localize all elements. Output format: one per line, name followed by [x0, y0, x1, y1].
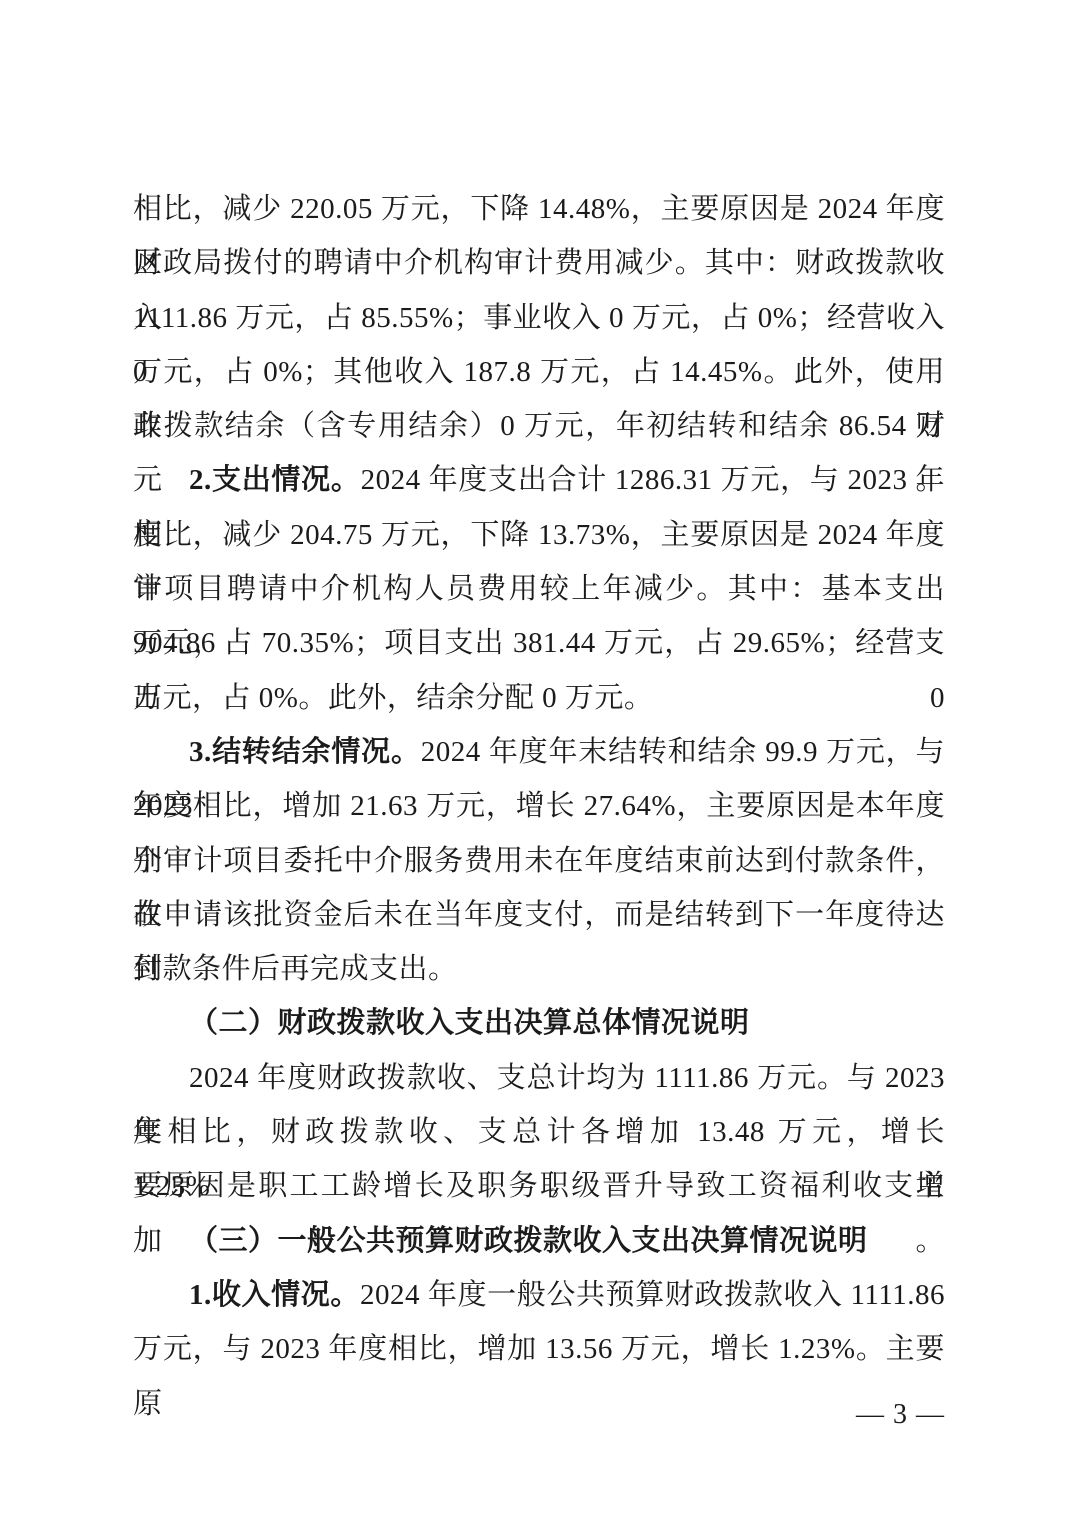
text-line-16: （二）财政拨款收入支出决算总体情况说明	[133, 996, 945, 1050]
text-line-4: 万元，占 0%；其他收入 187.8 万元，占 14.45%。此外，使用非财	[133, 345, 945, 399]
text-line-21: 1.收入情况。2024 年度一般公共预算财政拨款收入 1111.86	[133, 1268, 945, 1322]
text-run: 2024 年度一般公共预算财政拨款收入 1111.86	[360, 1279, 945, 1311]
text-line-3: 1111.86 万元，占 85.55%；事业收入 0 万元，占 0%；经营收入 …	[133, 291, 945, 345]
text-line-13: 别审计项目委托中介服务费用未在年度结束前达到付款条件，故	[133, 834, 945, 888]
text-line-22: 万元，与 2023 年度相比，增加 13.56 万元，增长 1.23%。主要原	[133, 1322, 945, 1376]
text-run: 付款条件后再完成支出。	[133, 953, 458, 985]
text-line-14: 在申请该批资金后未在当年度支付，而是结转到下一年度待达到	[133, 888, 945, 942]
text-line-18: 度相比，财政拨款收、支总计各增加 13.48 万元，增长 1.23%。主	[133, 1105, 945, 1159]
document-page: 相比，减少 220.05 万元，下降 14.48%，主要原因是 2024 年度区…	[0, 0, 1075, 1520]
bold-run: （二）财政拨款收入支出决算总体情况说明	[189, 1007, 750, 1039]
document-body: 相比，减少 220.05 万元，下降 14.48%，主要原因是 2024 年度区…	[133, 182, 945, 1377]
text-line-17: 2024 年度财政拨款收、支总计均为 1111.86 万元。与 2023 年	[133, 1051, 945, 1105]
text-line-19: 要原因是职工工龄增长及职务职级晋升导致工资福利收支增加。	[133, 1159, 945, 1213]
text-line-2: 财政局拨付的聘请中介机构审计费用减少。其中：财政拨款收入	[133, 236, 945, 290]
bold-run: （三）一般公共预算财政拨款收入支出决算情况说明	[189, 1225, 868, 1257]
page-number: — 3 —	[856, 1399, 945, 1431]
bold-run: 1.收入情况。	[189, 1279, 360, 1311]
bold-run: 2.支出情况。	[189, 464, 361, 496]
text-line-5: 政拨款结余（含专用结余）0 万元，年初结转和结余 86.54 万元。	[133, 399, 945, 453]
text-line-9: 万元，占 70.35%；项目支出 381.44 万元，占 29.65%；经营支出…	[133, 616, 945, 670]
bold-run: 3.结转结余情况。	[189, 736, 421, 768]
text-line-6: 2.支出情况。2024 年度支出合计 1286.31 万元，与 2023 年度	[133, 453, 945, 507]
text-line-11: 3.结转结余情况。2024 年度年末结转和结余 99.9 万元，与 2023	[133, 725, 945, 779]
text-run: 万元，与 2023 年度相比，增加 13.56 万元，增长 1.23%。主要原	[133, 1333, 945, 1419]
text-line-12: 年度相比，增加 21.63 万元，增长 27.64%，主要原因是本年度个	[133, 779, 945, 833]
text-line-15: 付款条件后再完成支出。	[133, 942, 945, 996]
text-line-8: 计项目聘请中介机构人员费用较上年减少。其中：基本支出 904.86	[133, 562, 945, 616]
text-run: 万元，占 0%。此外，结余分配 0 万元。	[133, 682, 653, 714]
text-line-1: 相比，减少 220.05 万元，下降 14.48%，主要原因是 2024 年度区	[133, 182, 945, 236]
text-line-20: （三）一般公共预算财政拨款收入支出决算情况说明	[133, 1214, 945, 1268]
text-line-7: 相比，减少 204.75 万元，下降 13.73%，主要原因是 2024 年度审	[133, 508, 945, 562]
